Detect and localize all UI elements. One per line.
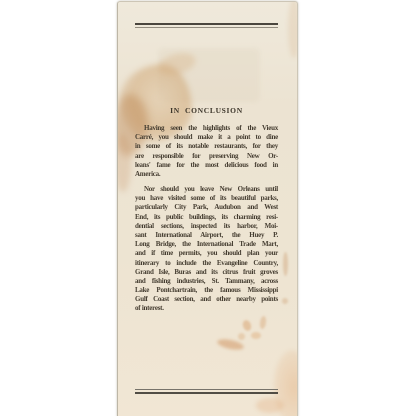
rule-line-light xyxy=(135,27,278,28)
printed-content: IN CONCLUSION Having seen the highlights… xyxy=(118,2,297,416)
rule-line-light xyxy=(135,389,278,390)
text-line: sant International Airport, the Huey P. xyxy=(135,231,278,240)
text-line: Gulf Coast section, and other nearby poi… xyxy=(135,295,278,304)
text-line: Having seen the highlights of the Vieux xyxy=(135,124,278,133)
paragraph-2: Nor should you leave New Orleans until y… xyxy=(135,185,278,314)
photo-background: IN CONCLUSION Having seen the highlights… xyxy=(0,0,416,416)
top-double-rule xyxy=(135,23,278,28)
text-line: Long Bridge, the International Trade Mar… xyxy=(135,240,278,249)
text-line: in some of its notable restaurants, for … xyxy=(135,142,278,151)
text-line: Nor should you leave New Orleans until xyxy=(135,185,278,194)
text-line: and if time permits, you should plan you… xyxy=(135,249,278,258)
text-line: Carré, you should make it a point to din… xyxy=(135,133,278,142)
text-line: End, its public buildings, its charming … xyxy=(135,213,278,222)
text-line: leans' fame for the most delicious food … xyxy=(135,161,278,170)
brochure-page: IN CONCLUSION Having seen the highlights… xyxy=(117,1,298,416)
rule-line-dark xyxy=(135,392,278,394)
text-line: Lake Pontchartrain, the famous Mississip… xyxy=(135,286,278,295)
section-heading: IN CONCLUSION xyxy=(135,106,278,115)
text-line: America. xyxy=(135,170,278,179)
text-line: dential sections, inspected its harbor, … xyxy=(135,222,278,231)
text-line: itinerary to include the Evangeline Coun… xyxy=(135,259,278,268)
text-line: Grand Isle, Buras and its citrus fruit g… xyxy=(135,268,278,277)
paragraph-1: Having seen the highlights of the Vieux … xyxy=(135,124,278,179)
text-line: particularly City Park, Audubon and West xyxy=(135,203,278,212)
text-line: are responsible for preserving New Or- xyxy=(135,152,278,161)
text-line: and fishing industries, St. Tammany, acr… xyxy=(135,277,278,286)
text-line: of interest. xyxy=(135,304,278,313)
text-line: you have visited some of its beautiful p… xyxy=(135,194,278,203)
bottom-double-rule xyxy=(135,389,278,394)
rule-line-dark xyxy=(135,23,278,25)
